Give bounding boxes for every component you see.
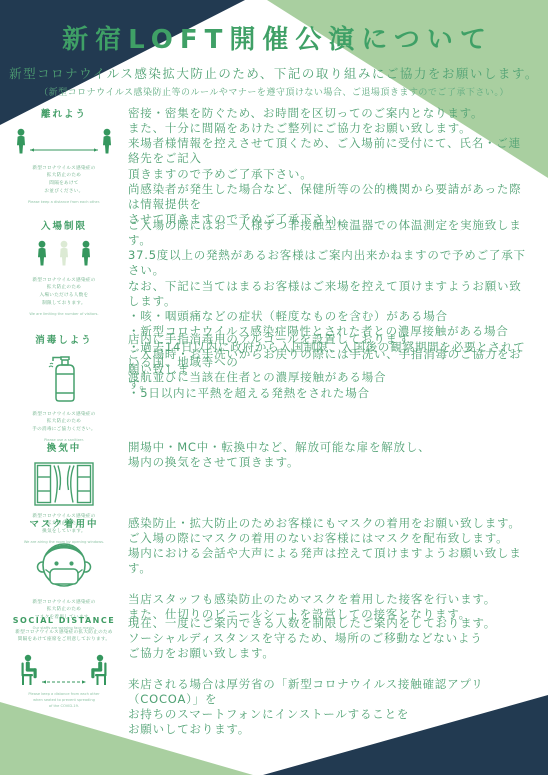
- header: 新宿LOFT開催公演について 新型コロナウイルス感染拡大防止のため、下記の取り組…: [0, 0, 548, 98]
- header-subtitle: 新型コロナウイルス感染拡大防止のため、下記の取り組みにご協力をお願いします。: [0, 64, 548, 82]
- icon-caption-en: Please keep a distance from each other.: [28, 200, 100, 206]
- section-text: 開場中・MC中・転換中など、解放可能な扉を解放し、 場内の換気をさせて頂きます。: [128, 440, 548, 471]
- icon-caption: 新型コロナウイルス感染症の 拡大防止のため 手の消毒にご協力ください。: [32, 411, 96, 434]
- page-title: 新宿LOFT開催公演について: [0, 24, 548, 57]
- sections: 離れよう 新型コロナウイルス感染症の 拡大防止のため 間隔をあけて お並びくださ…: [0, 106, 548, 766]
- icon-caption: 新型コロナウイルス感染症の 拡大防止のため 間隔をあけて お並びください。: [32, 165, 95, 196]
- icon-caption-en: We are limiting the number of visitors.: [29, 312, 98, 318]
- section-text: 現在、一度にご案内できる人数を制限したご案内をしております。 ソーシャルディスタ…: [128, 616, 548, 738]
- covid-notice-poster: 新宿LOFT開催公演について 新型コロナウイルス感染拡大防止のため、下記の取り組…: [0, 0, 548, 775]
- section-label: 入場制限: [41, 218, 87, 232]
- section-sanitize: 消毒しよう 新型コロナウイルス感染症の 拡大防止のため 手の消毒にご協力ください…: [0, 332, 548, 440]
- section-keep-distance: 離れよう 新型コロナウイルス感染症の 拡大防止のため 間隔をあけて お並びくださ…: [0, 106, 548, 218]
- section-label: 離れよう: [41, 106, 87, 120]
- section-label: 消毒しよう: [35, 332, 93, 346]
- section-text: 店内に手指消毒用のアルコールを設置しております。 ご入場時・お手洗いからお戻りの…: [128, 332, 548, 393]
- section-label: SOCIAL DISTANCE: [13, 616, 115, 625]
- section-entry-limit: 入場制限 新型コロナ: [0, 218, 548, 332]
- section-label: マスク着用中: [29, 516, 98, 530]
- distance-icon: [12, 128, 116, 158]
- social-distance-seats-icon: [12, 654, 116, 688]
- header-note: （新型コロナウイルス感染防止等のルールやマナーを遵守頂けない場合、ご退場頂きます…: [0, 85, 548, 98]
- icon-caption: 新型コロナウイルス感染症の 拡大防止のため 入場いただける人数を 制限しておりま…: [32, 277, 95, 308]
- section-text: 密接・密集を防ぐため、お時間を区切ってのご案内となります。 また、十分に間隔をあ…: [128, 106, 548, 228]
- sanitizer-icon: [44, 354, 84, 404]
- section-social-distance: SOCIAL DISTANCE 新型コロナウイルス感染症の拡大防止のため 間隔を…: [0, 616, 548, 766]
- section-ventilation: 換気中 新型コロナウイルス感染症の 拡大防止のため 換気をしています。: [0, 440, 548, 516]
- icon-caption: 新型コロナウイルス感染症の拡大防止のため 間隔をあけて座席をご用意しております。: [15, 629, 113, 645]
- section-mask: マスク着用中 新型コロナウイルス感染症の 拡大防止のため マスクを着用: [0, 516, 548, 616]
- icon-caption-en: Please keep a distance from each other w…: [28, 692, 99, 709]
- mask-face-icon: [35, 538, 93, 592]
- section-text: 感染防止・拡大防止のためお客様にもマスクの着用をお願い致します。 ご入場の際にマ…: [128, 516, 548, 623]
- window-ventilation-icon: [34, 462, 94, 506]
- capacity-limit-icon: [33, 240, 95, 270]
- section-label: 換気中: [47, 440, 82, 454]
